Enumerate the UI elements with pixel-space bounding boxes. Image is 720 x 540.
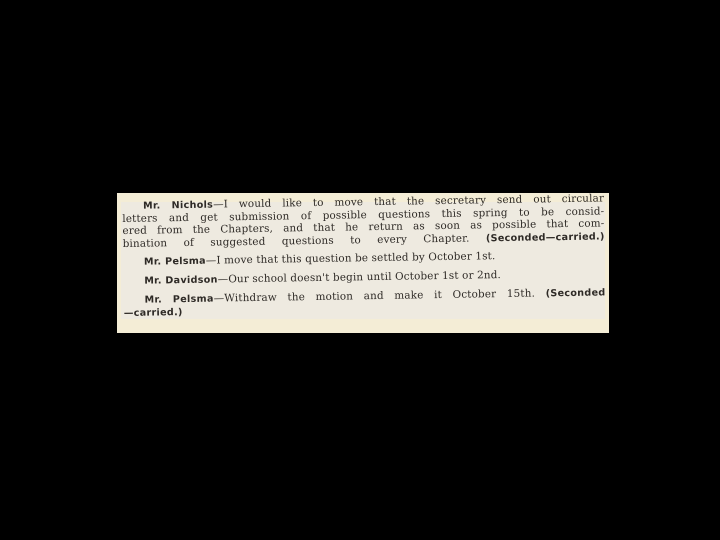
motion-result-note-continued: —carried.) [124,307,183,319]
paragraph-text: —I move that this question be settled by… [206,250,496,267]
speaker-name: Mr. Davidson [144,275,218,287]
newspaper-clipping: Mr. Nichols—I would like to move that th… [117,193,609,333]
speaker-name: Mr. Pelsma [144,293,213,305]
text-line: Mr. Davidson—Our school doesn't begin un… [123,267,605,288]
paragraph-davidson: Mr. Davidson—Our school doesn't begin un… [123,267,605,288]
clipping-text: Mr. Nichols—I would like to move that th… [122,192,606,320]
motion-result-note: (Seconded—carried.) [486,231,605,244]
paragraph-nichols: Mr. Nichols—I would like to move that th… [122,192,605,250]
motion-result-note: (Seconded [546,287,606,299]
paragraph-text: —Our school doesn't begin until October … [218,269,501,285]
speaker-name: Mr. Nichols [143,200,213,212]
paragraph-pelsma-1: Mr. Pelsma—I move that this question be … [123,249,605,270]
text-line: Mr. Pelsma—I move that this question be … [123,249,605,270]
speaker-name: Mr. Pelsma [144,256,206,268]
